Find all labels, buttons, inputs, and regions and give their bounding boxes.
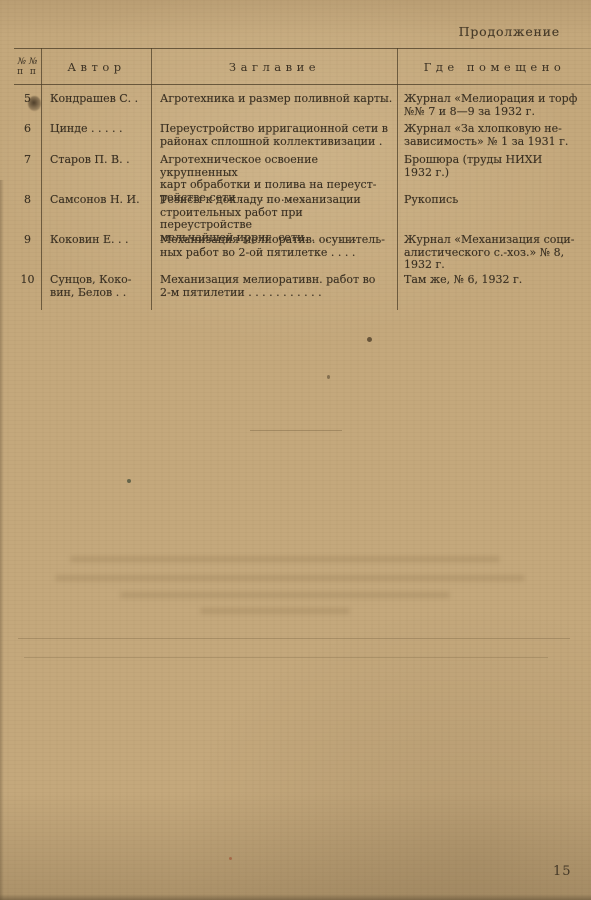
- column-header-title-label: Заглавие: [229, 60, 320, 74]
- paper-speck: [327, 375, 330, 379]
- show-through-line: [250, 430, 342, 431]
- paper-speck: [229, 857, 232, 860]
- paper-speck: [367, 337, 372, 342]
- column-header-number-line2: п п: [17, 67, 38, 77]
- cell-location: Брошюра (труды НИХИ 1932 г.): [397, 154, 591, 179]
- table-row: 6 Цинде . . . . . Переустройство ирригац…: [14, 123, 591, 148]
- cell-location: Журнал «За хлопковую не- зависимость» № …: [397, 123, 591, 148]
- cell-num: 6: [14, 123, 41, 136]
- table-header-rule: [14, 84, 591, 85]
- cell-num: 9: [14, 234, 41, 247]
- cell-location: Рукопись: [397, 194, 591, 207]
- cell-title: Агротехника и размер поливной карты.: [151, 93, 397, 106]
- cell-title: Механизация мелиоратив. осушитель- ных р…: [151, 234, 397, 259]
- column-header-author-label: Автор: [67, 60, 125, 74]
- table-row: 9 Коковин Е. . . Механизация мелиоратив.…: [14, 234, 591, 272]
- cell-title: Переустройство ирригационной сети в райо…: [151, 123, 397, 148]
- paper-speck: [127, 479, 131, 483]
- page-number: 15: [553, 864, 572, 879]
- cell-author: Коковин Е. . .: [41, 234, 151, 247]
- ink-smudge: [28, 96, 41, 111]
- column-header-location: Где помещено: [398, 49, 591, 84]
- cell-author: Сунцов, Коко- вин, Белов . .: [41, 274, 151, 299]
- scanned-document-page: Продолжение № № п п Автор Заглавие Где п…: [0, 0, 591, 900]
- cell-author: Кондрашев С. .: [41, 93, 151, 106]
- show-through-text: [70, 556, 500, 562]
- table-row: 5 Кондрашев С. . Агротехника и размер по…: [14, 93, 591, 118]
- column-header-title: Заглавие: [152, 49, 397, 84]
- cell-title: Механизация мелиоративн. работ во 2-м пя…: [151, 274, 397, 299]
- column-header-author: Автор: [42, 49, 151, 84]
- cell-author: Самсонов Н. И.: [41, 194, 151, 207]
- show-through-text: [200, 608, 350, 614]
- show-through-text: [120, 592, 450, 598]
- cell-location: Журнал «Механизация соци- алистического …: [397, 234, 591, 272]
- column-header-number-line1: № №: [18, 57, 38, 67]
- bibliography-table: № № п п Автор Заглавие Где помещено 5 Ко…: [14, 48, 591, 310]
- show-through-line: [24, 657, 548, 658]
- cell-location: Журнал «Мелиорация и торф №№ 7 и 8—9 за …: [397, 93, 591, 118]
- cell-num: 7: [14, 154, 41, 167]
- column-header-location-label: Где помещено: [424, 60, 566, 74]
- cell-location: Там же, № 6, 1932 г.: [397, 274, 591, 287]
- continuation-label: Продолжение: [459, 24, 560, 39]
- cell-num: 8: [14, 194, 41, 207]
- page-edge-shadow: [0, 180, 4, 900]
- cell-num: 10: [14, 274, 41, 287]
- show-through-text: [55, 575, 525, 581]
- table-row: 10 Сунцов, Коко- вин, Белов . . Механиза…: [14, 274, 591, 299]
- cell-author: Цинде . . . . .: [41, 123, 151, 136]
- column-header-number: № № п п: [14, 49, 41, 84]
- show-through-line: [18, 638, 570, 639]
- cell-author: Старов П. В. .: [41, 154, 151, 167]
